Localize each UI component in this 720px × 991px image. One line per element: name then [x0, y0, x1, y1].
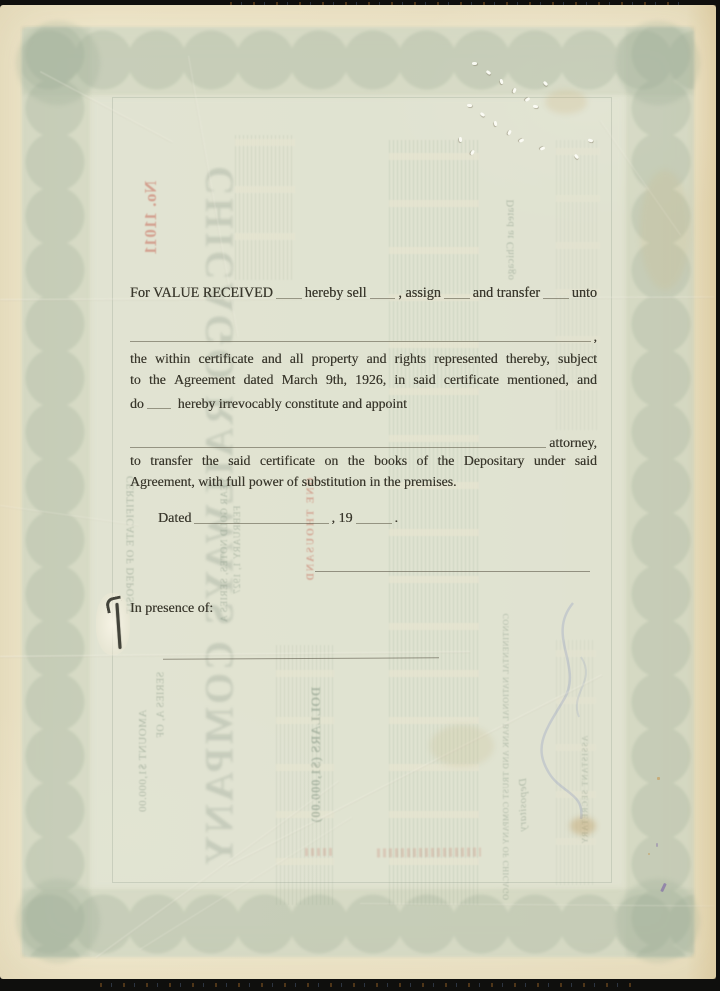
assignee-blank — [130, 341, 591, 342]
witness-signature-line — [163, 657, 439, 659]
certificate-back: No. 11011 CHICAGO RAILWAYS COMPANY CERTI… — [0, 5, 716, 979]
photo-background: No. 11011 CHICAGO RAILWAYS COMPANY CERTI… — [0, 0, 720, 991]
fill-rule — [147, 408, 171, 409]
year-prefix: , 19 — [332, 511, 353, 527]
paragraph2-line1: totransferthesaidcertificateonthebooksof… — [130, 453, 597, 474]
attorney-blank — [130, 447, 546, 448]
fill-rule — [444, 298, 470, 299]
dated-line: Dated , 19 . — [158, 509, 398, 527]
assignment-form: For VALUE RECEIVED hereby sell , assign … — [0, 5, 716, 979]
paragraph1-line2: totheAgreementdatedMarch9th,1926,insaidc… — [130, 372, 597, 393]
dated-label: Dated — [158, 511, 191, 527]
assignee-fill-line: , — [130, 327, 597, 345]
paragraph1-line3: do hereby irrevocably constitute and app… — [130, 391, 597, 412]
signature-line — [315, 571, 590, 572]
date-blank — [194, 523, 328, 524]
paragraph1-line1: thewithincertificateandallpropertyandrig… — [130, 351, 597, 372]
attorney-fill-line: attorney, — [130, 433, 597, 451]
year-blank — [356, 523, 392, 524]
fill-rule — [543, 298, 569, 299]
fill-rule — [276, 298, 302, 299]
fill-rule — [370, 298, 396, 299]
witness-label: In presence of: — [130, 601, 213, 617]
value-received-line: For VALUE RECEIVED hereby sell , assign … — [130, 283, 597, 302]
value-received-text: For VALUE RECEIVED — [130, 285, 273, 302]
attorney-label: attorney, — [549, 435, 597, 451]
scan-edge-artifacts-bottom — [100, 983, 640, 987]
paragraph2-line2: Agreement, with full power of substituti… — [130, 474, 456, 490]
